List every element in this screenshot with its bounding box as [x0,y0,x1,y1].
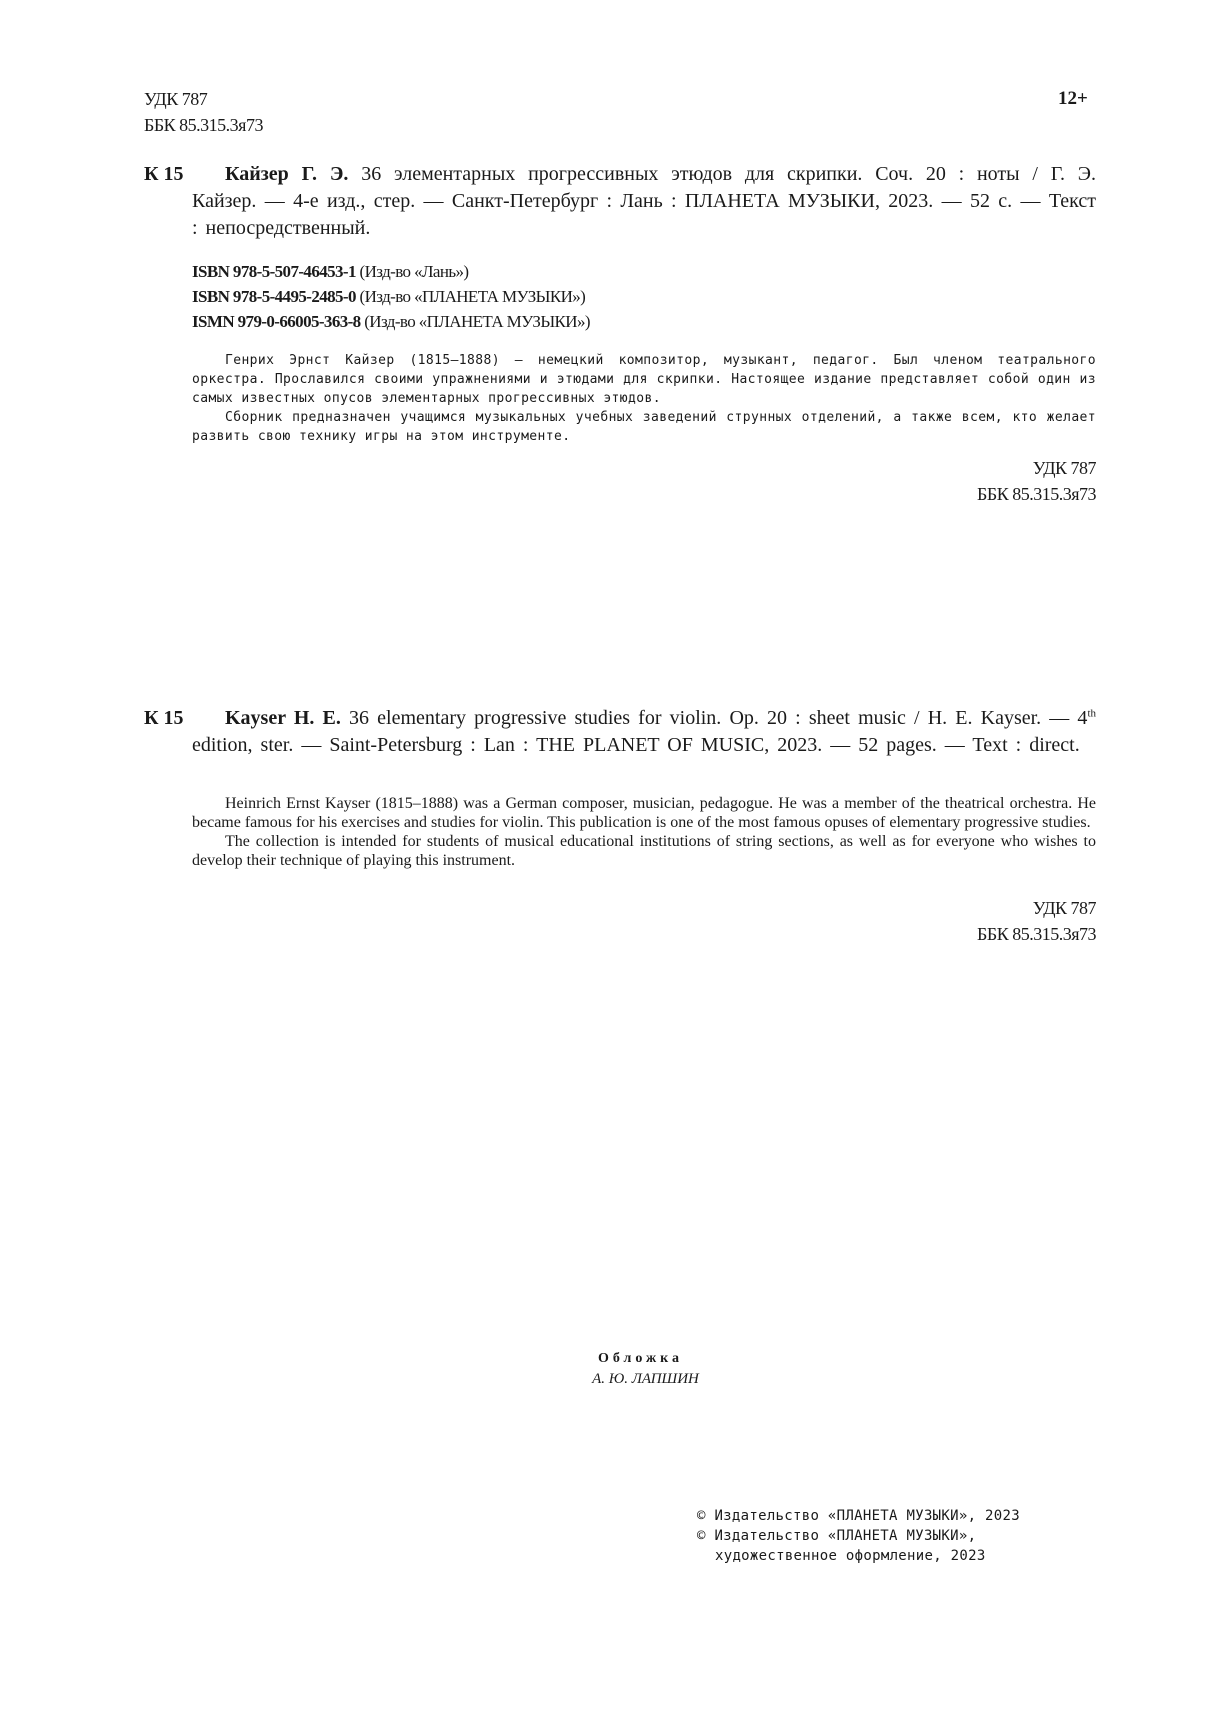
record-author: Кайзер Г. Э. [225,163,348,185]
identifier-item: ISMN 979-0-66005-363-8 (Изд-во «ПЛАНЕТА … [192,309,590,334]
bbk-code: ББК 85.315.3я73 [977,921,1096,947]
udk-code: УДК 787 [977,455,1096,481]
identifier-number: ISMN 979-0-66005-363-8 [192,312,361,331]
copyright-line: художественное оформление, 2023 [697,1546,1020,1566]
cover-author: А. Ю. ЛАПШИН [0,1369,1211,1389]
abstract-paragraph: Генрих Эрнст Кайзер (1815–1888) — немецк… [192,351,1096,408]
identifier-number: ISBN 978-5-507-46453-1 [192,262,356,281]
bbk-code: ББК 85.315.3я73 [977,481,1096,507]
udk-code: УДК 787 [144,86,263,112]
copyright-line: © Издательство «ПЛАНЕТА МУЗЫКИ», [697,1526,1020,1546]
abstract-ru: Генрих Эрнст Кайзер (1815–1888) — немецк… [192,351,1096,446]
record-body: Kayser H. E. 36 elementary progressive s… [192,705,1096,759]
abstract-paragraph: The collection is intended for students … [192,832,1096,870]
cover-credit: Обложка А. Ю. ЛАПШИН [0,1349,1211,1389]
header-classification: УДК 787 ББК 85.315.3я73 [144,86,263,138]
record-body: Кайзер Г. Э. 36 элементарных прогрессивн… [192,161,1096,242]
cover-label: Обложка [0,1349,1211,1369]
identifier-publisher: (Изд-во «ПЛАНЕТА МУЗЫКИ») [364,312,590,331]
abstract-paragraph: Сборник предназначен учащимся музыкальны… [192,408,1096,446]
copyright-line: © Издательство «ПЛАНЕТА МУЗЫКИ», 2023 [697,1506,1020,1526]
classification-ru: УДК 787 ББК 85.315.3я73 [977,455,1096,507]
identifier-item: ISBN 978-5-507-46453-1 (Изд-во «Лань») [192,259,590,284]
udk-code: УДК 787 [977,895,1096,921]
copyright-notice: © Издательство «ПЛАНЕТА МУЗЫКИ», 2023 © … [697,1506,1020,1566]
identifier-publisher: (Изд-во «ПЛАНЕТА МУЗЫКИ») [360,287,586,306]
record-author: Kayser H. E. [225,707,341,729]
bibliographic-record-en: К 15 Kayser H. E. 36 elementary progress… [144,705,1096,759]
author-mark: К 15 [144,161,184,188]
identifier-list: ISBN 978-5-507-46453-1 (Изд-во «Лань») I… [192,259,590,334]
author-mark: К 15 [144,705,184,732]
classification-en: УДК 787 ББК 85.315.3я73 [977,895,1096,947]
identifier-item: ISBN 978-5-4495-2485-0 (Изд-во «ПЛАНЕТА … [192,284,590,309]
identifier-publisher: (Изд-во «Лань») [360,262,469,281]
abstract-en: Heinrich Ernst Kayser (1815–1888) was a … [192,794,1096,870]
age-rating: 12+ [1058,88,1088,110]
edition-superscript: th [1087,707,1096,719]
bibliographic-record-ru: К 15 Кайзер Г. Э. 36 элементарных прогре… [144,161,1096,242]
abstract-paragraph: Heinrich Ernst Kayser (1815–1888) was a … [192,794,1096,832]
identifier-number: ISBN 978-5-4495-2485-0 [192,287,356,306]
record-text: edition, ster. — Saint-Petersburg : Lan … [192,734,1080,756]
record-text: 36 elementary progressive studies for vi… [349,707,1087,729]
bbk-code: ББК 85.315.3я73 [144,112,263,138]
